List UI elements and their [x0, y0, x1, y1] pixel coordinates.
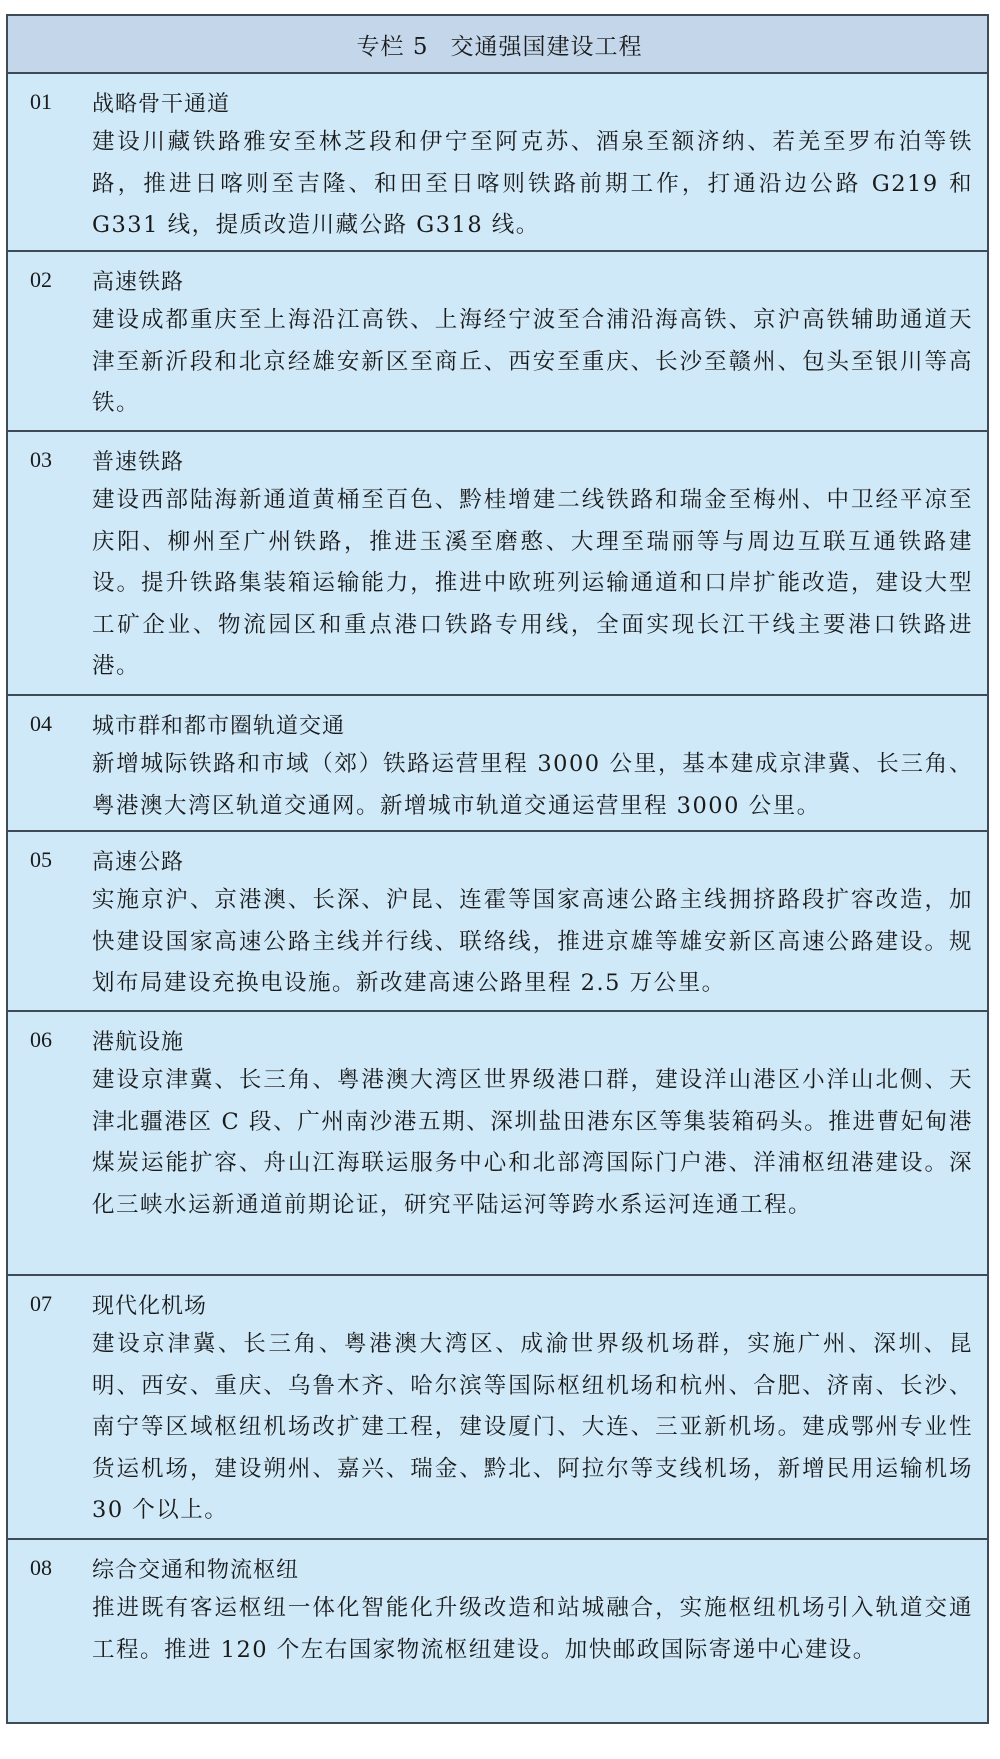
- section-body: 实施京沪、京港澳、长深、沪昆、连霍等国家高速公路主线拥挤路段扩容改造，加快建设国…: [92, 880, 973, 1005]
- section-02: 02高速铁路 建设成都重庆至上海沿江高铁、上海经宁波至合浦沿海高铁、京沪高铁辅助…: [8, 252, 987, 432]
- section-number: 03: [30, 447, 92, 473]
- section-title: 城市群和都市圈轨道交通: [92, 709, 345, 740]
- section-05: 05高速公路 实施京沪、京港澳、长深、沪昆、连霍等国家高速公路主线拥挤路段扩容改…: [8, 832, 987, 1012]
- section-title: 现代化机场: [92, 1289, 207, 1320]
- section-number: 06: [30, 1027, 92, 1053]
- box-title: 交通强国建设工程: [450, 28, 642, 61]
- section-body: 推进既有客运枢纽一体化智能化升级改造和站城融合，实施枢纽机场引入轨道交通工程。推…: [92, 1588, 973, 1671]
- section-07: 07现代化机场 建设京津冀、长三角、粤港澳大湾区、成渝世界级机场群，实施广州、深…: [8, 1276, 987, 1540]
- section-01: 01战略骨干通道 建设川藏铁路雅安至林芝段和伊宁至阿克苏、酒泉至额济纳、若羌至罗…: [8, 74, 987, 252]
- section-04: 04城市群和都市圈轨道交通 新增城际铁路和市域（郊）铁路运营里程 3000 公里…: [8, 696, 987, 832]
- section-title: 港航设施: [92, 1025, 184, 1056]
- section-body: 建设京津冀、长三角、粤港澳大湾区、成渝世界级机场群，实施广州、深圳、昆明、西安、…: [92, 1324, 973, 1532]
- box-header: 专栏 5 交通强国建设工程: [8, 16, 987, 74]
- box-label: 专栏 5: [357, 28, 429, 61]
- section-title: 综合交通和物流枢纽: [92, 1553, 299, 1584]
- section-title: 高速铁路: [92, 265, 184, 296]
- section-number: 08: [30, 1555, 92, 1581]
- section-body: 建设成都重庆至上海沿江高铁、上海经宁波至合浦沿海高铁、京沪高铁辅助通道天津至新沂…: [92, 300, 973, 425]
- section-08: 08综合交通和物流枢纽 推进既有客运枢纽一体化智能化升级改造和站城融合，实施枢纽…: [8, 1540, 987, 1722]
- feature-box: 专栏 5 交通强国建设工程 01战略骨干通道 建设川藏铁路雅安至林芝段和伊宁至阿…: [6, 14, 989, 1724]
- section-body: 建设川藏铁路雅安至林芝段和伊宁至阿克苏、酒泉至额济纳、若羌至罗布泊等铁路，推进日…: [92, 122, 973, 247]
- section-body: 建设西部陆海新通道黄桶至百色、黔桂增建二线铁路和瑞金至梅州、中卫经平凉至庆阳、柳…: [92, 480, 973, 688]
- section-number: 05: [30, 847, 92, 873]
- section-number: 02: [30, 267, 92, 293]
- section-title: 高速公路: [92, 845, 184, 876]
- section-number: 07: [30, 1291, 92, 1317]
- section-body: 建设京津冀、长三角、粤港澳大湾区世界级港口群，建设洋山港区小洋山北侧、天津北疆港…: [92, 1060, 973, 1226]
- section-number: 04: [30, 711, 92, 737]
- section-03: 03普速铁路 建设西部陆海新通道黄桶至百色、黔桂增建二线铁路和瑞金至梅州、中卫经…: [8, 432, 987, 696]
- section-title: 普速铁路: [92, 445, 184, 476]
- section-body: 新增城际铁路和市域（郊）铁路运营里程 3000 公里，基本建成京津冀、长三角、粤…: [92, 744, 973, 827]
- section-number: 01: [30, 89, 92, 115]
- section-title: 战略骨干通道: [92, 87, 230, 118]
- section-06: 06港航设施 建设京津冀、长三角、粤港澳大湾区世界级港口群，建设洋山港区小洋山北…: [8, 1012, 987, 1276]
